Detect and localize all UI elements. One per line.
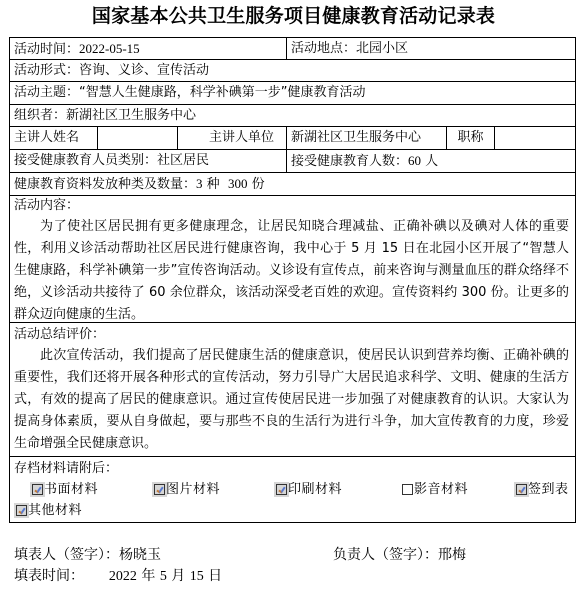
row-activity-content: 活动内容： 为了使社区居民拥有更多健康理念，让居民知晓合理减盐、正确补碘以及碘对… <box>10 196 575 323</box>
row-organizer: 组织者：新湖社区卫生服务中心 <box>10 105 575 127</box>
activity-time-value: 2022-05-15 <box>79 41 140 56</box>
checkbox-checked-icon[interactable] <box>154 484 165 495</box>
checkbox-unchecked-icon[interactable] <box>402 484 413 495</box>
audience-count-cell[interactable]: 接受健康教育人数：60 人 <box>286 150 575 172</box>
materials-count: 300 <box>228 176 248 191</box>
activity-form-label: 活动形式： <box>14 63 79 78</box>
responsible-label: 负责人（签字）： <box>333 547 438 563</box>
speaker-title-field[interactable] <box>494 127 575 149</box>
activity-theme-cell[interactable]: 活动主题：“智慧人生健康路，科学补碘第一步”健康教育活动 <box>10 82 575 104</box>
document-title: 国家基本公共卫生服务项目健康教育活动记录表 <box>0 4 587 28</box>
row-activity-theme: 活动主题：“智慧人生健康路，科学补碘第一步”健康教育活动 <box>10 82 575 105</box>
row-archive: 存档材料请附后： 书面材料 图片材料 印刷材料 影音材料 签到表 <box>10 457 575 523</box>
activity-location-value: 北园小区 <box>356 41 408 56</box>
checkbox-checked-icon[interactable] <box>516 484 527 495</box>
materials-cell[interactable]: 健康教育资料发放种类及数量：3 种 300 份 <box>10 173 575 195</box>
activity-content-cell[interactable]: 活动内容： 为了使社区居民拥有更多健康理念，让居民知晓合理减盐、正确补碘以及碘对… <box>10 196 575 322</box>
audience-count-unit: 人 <box>425 154 438 169</box>
checkbox-checked-icon[interactable] <box>32 484 43 495</box>
activity-theme-label: 活动主题： <box>14 85 79 100</box>
archive-item-label: 印刷材料 <box>288 479 342 500</box>
organizer-value: 新湖社区卫生服务中心 <box>66 108 196 123</box>
audience-count-value: 60 <box>408 153 421 168</box>
archive-item-label: 签到表 <box>528 479 569 500</box>
activity-record-form: 活动时间：2022-05-15 活动地点：北园小区 活动形式：咨询、义诊、宣传活… <box>9 37 576 523</box>
archive-item-other[interactable]: 其他材料 <box>16 500 82 521</box>
activity-form-cell[interactable]: 活动形式：咨询、义诊、宣传活动 <box>10 60 575 81</box>
speaker-name-field[interactable] <box>97 127 177 149</box>
activity-content-text: 为了使社区居民拥有更多健康理念，让居民知晓合理减盐、正确补碘以及碘对人体的重要性… <box>14 216 571 326</box>
row-activity-summary: 活动总结评价： 此次宣传活动，我们提高了居民健康生活的健康意识，使居民认识到营养… <box>10 323 575 457</box>
filler-signature: 填表人（签字）：杨晓玉 <box>14 545 161 565</box>
archive-item-label: 图片材料 <box>166 479 220 500</box>
checkbox-checked-icon[interactable] <box>16 505 27 516</box>
activity-summary-text: 此次宣传活动，我们提高了居民健康生活的健康意识，使居民认识到营养均衡、正确补碘的… <box>14 345 571 455</box>
archive-item-written[interactable]: 书面材料 <box>32 479 154 500</box>
activity-summary-label: 活动总结评价： <box>14 325 571 345</box>
materials-count-unit: 份 <box>252 177 265 192</box>
filler-value: 杨晓玉 <box>119 547 161 563</box>
speaker-name-label: 主讲人姓名 <box>10 127 97 149</box>
archive-item-signin-sheet[interactable]: 签到表 <box>516 479 569 500</box>
row-audience: 接受健康教育人员类别：社区居民 接受健康教育人数：60 人 <box>10 150 575 173</box>
responsible-signature: 负责人（签字）：邢梅 <box>333 545 466 565</box>
fill-date-month-unit: 月 <box>171 568 185 584</box>
archive-item-label: 书面材料 <box>44 479 98 500</box>
audience-type-cell[interactable]: 接受健康教育人员类别：社区居民 <box>10 150 286 172</box>
archive-checkbox-line-2: 其他材料 <box>14 500 571 521</box>
audience-type-label: 接受健康教育人员类别： <box>14 153 157 168</box>
filler-label: 填表人（签字）： <box>14 547 119 563</box>
archive-item-printed[interactable]: 印刷材料 <box>276 479 402 500</box>
archive-label: 存档材料请附后： <box>14 459 571 479</box>
row-time-location: 活动时间：2022-05-15 活动地点：北园小区 <box>10 38 575 60</box>
fill-date-month: 5 <box>160 569 167 584</box>
fill-date-year: 2022 <box>109 569 137 584</box>
materials-kinds: 3 <box>196 176 203 191</box>
archive-item-label: 其他材料 <box>28 500 82 521</box>
activity-form-value: 咨询、义诊、宣传活动 <box>79 63 209 78</box>
speaker-unit-label: 主讲人单位 <box>177 127 286 149</box>
archive-item-label: 影音材料 <box>414 479 468 500</box>
archive-item-pictures[interactable]: 图片材料 <box>154 479 276 500</box>
archive-cell: 存档材料请附后： 书面材料 图片材料 印刷材料 影音材料 签到表 <box>10 457 575 522</box>
fill-date-day-unit: 日 <box>208 568 222 584</box>
activity-content-label: 活动内容： <box>14 196 571 216</box>
fill-date-label: 填表时间： <box>14 568 84 584</box>
materials-label: 健康教育资料发放种类及数量： <box>14 177 196 192</box>
activity-location-cell[interactable]: 活动地点：北园小区 <box>286 38 575 59</box>
materials-kinds-unit: 种 <box>207 177 220 192</box>
audience-type-value: 社区居民 <box>157 153 209 168</box>
row-activity-form: 活动形式：咨询、义诊、宣传活动 <box>10 60 575 82</box>
row-materials: 健康教育资料发放种类及数量：3 种 300 份 <box>10 173 575 196</box>
activity-time-cell[interactable]: 活动时间：2022-05-15 <box>10 38 286 59</box>
activity-summary-cell[interactable]: 活动总结评价： 此次宣传活动，我们提高了居民健康生活的健康意识，使居民认识到营养… <box>10 323 575 456</box>
organizer-cell[interactable]: 组织者：新湖社区卫生服务中心 <box>10 105 575 126</box>
speaker-unit-field[interactable]: 新湖社区卫生服务中心 <box>286 127 446 149</box>
archive-checkbox-line-1: 书面材料 图片材料 印刷材料 影音材料 签到表 <box>14 479 571 500</box>
speaker-title-label: 职称 <box>446 127 494 149</box>
checkbox-checked-icon[interactable] <box>276 484 287 495</box>
audience-count-label: 接受健康教育人数： <box>291 154 408 169</box>
organizer-label: 组织者： <box>14 108 66 123</box>
fill-date: 填表时间： 2022 年 5 月 15 日 <box>14 566 222 587</box>
row-speaker: 主讲人姓名 主讲人单位 新湖社区卫生服务中心 职称 <box>10 127 575 150</box>
responsible-value: 邢梅 <box>438 547 466 563</box>
activity-time-label: 活动时间： <box>14 42 79 57</box>
fill-date-day: 15 <box>190 569 204 584</box>
activity-theme-value: “智慧人生健康路，科学补碘第一步”健康教育活动 <box>79 85 365 100</box>
fill-date-year-unit: 年 <box>141 568 155 584</box>
activity-location-label: 活动地点： <box>291 41 356 56</box>
archive-item-audiovisual[interactable]: 影音材料 <box>402 479 516 500</box>
